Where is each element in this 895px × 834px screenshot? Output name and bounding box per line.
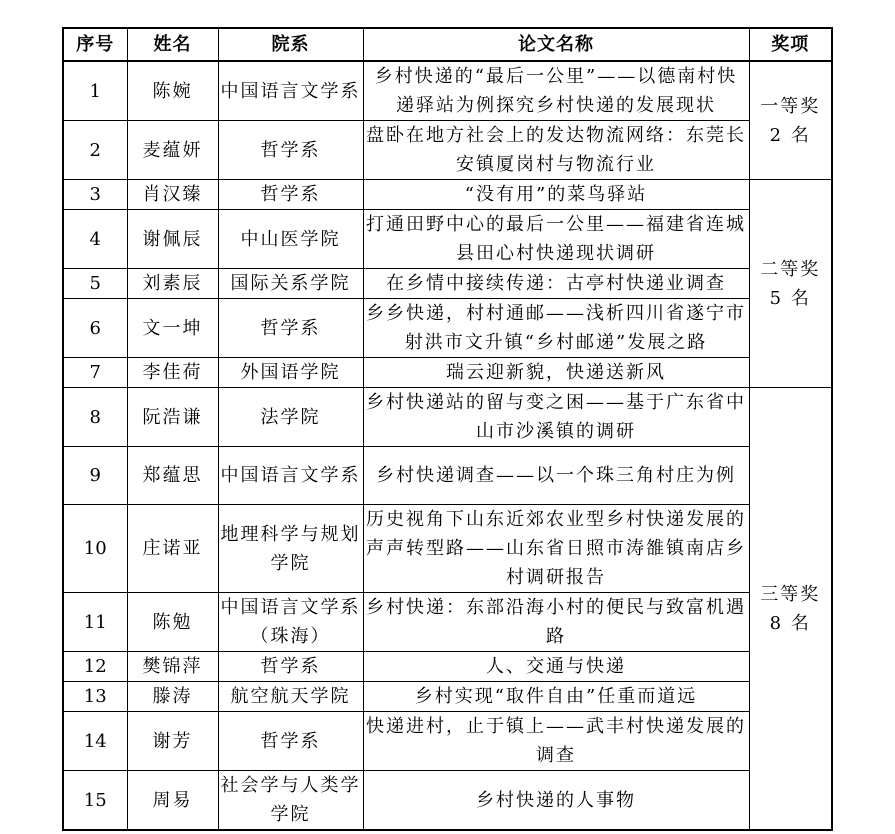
award-count: 8 名 [752, 609, 830, 638]
cell-name: 刘素辰 [127, 269, 218, 299]
cell-name: 郑蕴思 [127, 447, 218, 505]
cell-name: 樊锦萍 [127, 652, 218, 682]
cell-serial: 8 [63, 388, 127, 447]
cell-name: 麦蕴妍 [127, 121, 218, 180]
cell-serial: 14 [63, 712, 127, 771]
header-row: 序号 姓名 院系 论文名称 奖项 [63, 28, 832, 61]
award-label: 二等奖 [752, 255, 830, 284]
cell-serial: 12 [63, 652, 127, 682]
table-row: 7李佳荷外国语学院瑞云迎新貌，快递送新风 [63, 358, 832, 388]
cell-dept: 中国语言文学系（珠海） [218, 593, 363, 652]
cell-title: 在乡情中接续传递：古亭村快递业调查 [363, 269, 749, 299]
table-row: 9郑蕴思中国语言文学系乡村快递调查——以一个珠三角村庄为例 [63, 447, 832, 505]
table-body: 1陈婉中国语言文学系乡村快递的“最后一公里”——以德南村快递驿站为例探究乡村快递… [63, 61, 832, 830]
cell-dept: 哲学系 [218, 121, 363, 180]
table-row: 10庄诺亚地理科学与规划学院历史视角下山东近郊农业型乡村快递发展的声声转型路——… [63, 505, 832, 593]
table-row: 3肖汉臻哲学系“没有用”的菜鸟驿站二等奖5 名 [63, 180, 832, 210]
cell-dept: 航空航天学院 [218, 682, 363, 712]
table-row: 1陈婉中国语言文学系乡村快递的“最后一公里”——以德南村快递驿站为例探究乡村快递… [63, 61, 832, 121]
award-count: 5 名 [752, 284, 830, 313]
cell-title: 历史视角下山东近郊农业型乡村快递发展的声声转型路——山东省日照市涛雒镇南店乡村调… [363, 505, 749, 593]
cell-serial: 3 [63, 180, 127, 210]
cell-dept: 中国语言文学系 [218, 447, 363, 505]
table-row: 2麦蕴妍哲学系盘卧在地方社会上的发达物流网络：东莞长安镇厦岗村与物流行业 [63, 121, 832, 180]
cell-title: “没有用”的菜鸟驿站 [363, 180, 749, 210]
table-row: 13滕涛航空航天学院乡村实现“取件自由”任重而道远 [63, 682, 832, 712]
cell-serial: 9 [63, 447, 127, 505]
table-row: 8阮浩谦法学院乡村快递站的留与变之困——基于广东省中山市沙溪镇的调研三等奖8 名 [63, 388, 832, 447]
awards-table: 序号 姓名 院系 论文名称 奖项 1陈婉中国语言文学系乡村快递的“最后一公里”—… [62, 27, 833, 831]
award-count: 2 名 [752, 121, 830, 150]
cell-dept: 外国语学院 [218, 358, 363, 388]
column-header-dept: 院系 [218, 28, 363, 61]
column-header-title: 论文名称 [363, 28, 749, 61]
cell-serial: 7 [63, 358, 127, 388]
table-row: 5刘素辰国际关系学院在乡情中接续传递：古亭村快递业调查 [63, 269, 832, 299]
cell-award: 二等奖5 名 [749, 180, 832, 388]
cell-dept: 哲学系 [218, 652, 363, 682]
cell-dept: 地理科学与规划学院 [218, 505, 363, 593]
cell-serial: 1 [63, 61, 127, 121]
cell-dept: 中国语言文学系 [218, 61, 363, 121]
cell-name: 李佳荷 [127, 358, 218, 388]
cell-name: 滕涛 [127, 682, 218, 712]
cell-title: 打通田野中心的最后一公里——福建省连城县田心村快递现状调研 [363, 210, 749, 269]
table-row: 6文一坤哲学系乡乡快递，村村通邮——浅析四川省遂宁市射洪市文升镇“乡村邮递”发展… [63, 299, 832, 358]
cell-name: 谢佩辰 [127, 210, 218, 269]
cell-title: 盘卧在地方社会上的发达物流网络：东莞长安镇厦岗村与物流行业 [363, 121, 749, 180]
cell-title: 乡乡快递，村村通邮——浅析四川省遂宁市射洪市文升镇“乡村邮递”发展之路 [363, 299, 749, 358]
cell-title: 乡村实现“取件自由”任重而道远 [363, 682, 749, 712]
cell-serial: 4 [63, 210, 127, 269]
column-header-name: 姓名 [127, 28, 218, 61]
cell-name: 庄诺亚 [127, 505, 218, 593]
cell-title: 瑞云迎新貌，快递送新风 [363, 358, 749, 388]
cell-name: 阮浩谦 [127, 388, 218, 447]
cell-dept: 哲学系 [218, 712, 363, 771]
cell-dept: 哲学系 [218, 180, 363, 210]
table-header: 序号 姓名 院系 论文名称 奖项 [63, 28, 832, 61]
table-row: 15周易社会学与人类学学院乡村快递的人事物 [63, 771, 832, 831]
cell-serial: 6 [63, 299, 127, 358]
cell-dept: 国际关系学院 [218, 269, 363, 299]
cell-award: 三等奖8 名 [749, 388, 832, 831]
cell-name: 肖汉臻 [127, 180, 218, 210]
cell-serial: 2 [63, 121, 127, 180]
cell-title: 乡村快递站的留与变之困——基于广东省中山市沙溪镇的调研 [363, 388, 749, 447]
cell-award: 一等奖2 名 [749, 61, 832, 180]
cell-serial: 10 [63, 505, 127, 593]
award-label: 一等奖 [752, 92, 830, 121]
cell-title: 快递进村，止于镇上——武丰村快递发展的调查 [363, 712, 749, 771]
cell-dept: 哲学系 [218, 299, 363, 358]
cell-name: 陈勉 [127, 593, 218, 652]
cell-dept: 法学院 [218, 388, 363, 447]
table-row: 11陈勉中国语言文学系（珠海）乡村快递：东部沿海小村的便民与致富机遇路 [63, 593, 832, 652]
column-header-serial: 序号 [63, 28, 127, 61]
table-row: 4谢佩辰中山医学院打通田野中心的最后一公里——福建省连城县田心村快递现状调研 [63, 210, 832, 269]
cell-serial: 5 [63, 269, 127, 299]
cell-name: 谢芳 [127, 712, 218, 771]
cell-dept: 社会学与人类学学院 [218, 771, 363, 831]
cell-name: 陈婉 [127, 61, 218, 121]
cell-title: 乡村快递：东部沿海小村的便民与致富机遇路 [363, 593, 749, 652]
column-header-award: 奖项 [749, 28, 832, 61]
document-page: 序号 姓名 院系 论文名称 奖项 1陈婉中国语言文学系乡村快递的“最后一公里”—… [0, 0, 895, 834]
cell-serial: 11 [63, 593, 127, 652]
table-row: 14谢芳哲学系快递进村，止于镇上——武丰村快递发展的调查 [63, 712, 832, 771]
cell-serial: 13 [63, 682, 127, 712]
cell-dept: 中山医学院 [218, 210, 363, 269]
cell-title: 乡村快递调查——以一个珠三角村庄为例 [363, 447, 749, 505]
award-label: 三等奖 [752, 580, 830, 609]
cell-serial: 15 [63, 771, 127, 831]
cell-title: 人、交通与快递 [363, 652, 749, 682]
cell-name: 文一坤 [127, 299, 218, 358]
table-row: 12樊锦萍哲学系人、交通与快递 [63, 652, 832, 682]
cell-title: 乡村快递的人事物 [363, 771, 749, 831]
cell-name: 周易 [127, 771, 218, 831]
cell-title: 乡村快递的“最后一公里”——以德南村快递驿站为例探究乡村快递的发展现状 [363, 61, 749, 121]
